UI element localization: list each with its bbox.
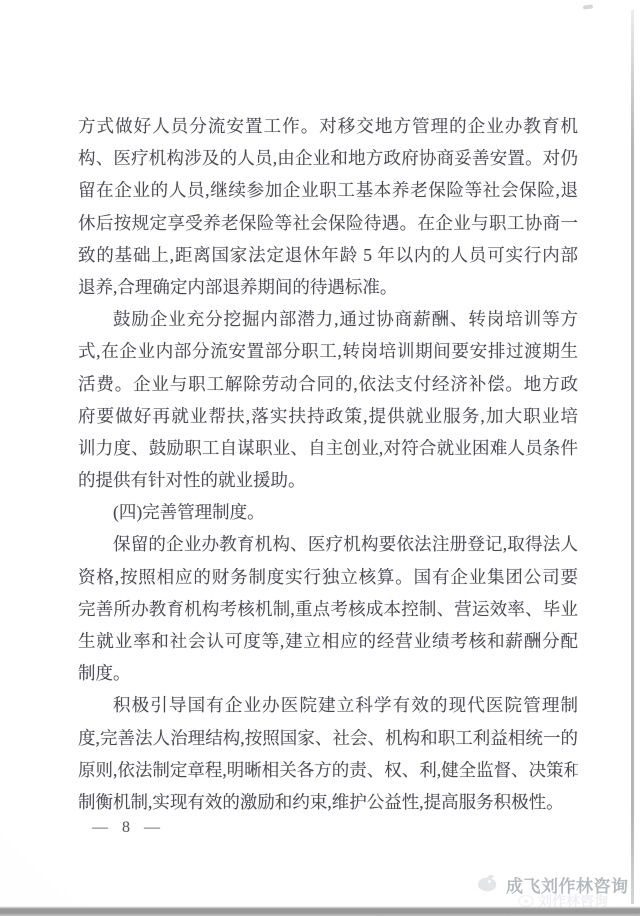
doc-line: 鼓励企业充分挖掘内部潜力,通过协商薪酬、转岗培训等方	[78, 303, 578, 335]
doc-line: 生就业率和社会认可度等,建立相应的经营业绩考核和薪酬分配	[78, 625, 578, 657]
doc-line: 构、医疗机构涉及的人员,由企业和地方政府协商妥善安置。对仍	[78, 142, 578, 174]
doc-line: 原则,依法制定章程,明晰相关各方的责、权、利,健全监督、决策和	[78, 754, 578, 786]
doc-line: 的提供有针对性的就业援助。	[78, 464, 578, 496]
doc-line: 完善所办教育机构考核机制,重点考核成本控制、营运效率、毕业	[78, 593, 578, 625]
doc-line: 致的基础上,距离国家法定退休年龄 5 年以内的人员可实行内部	[78, 239, 578, 271]
doc-line: 留在企业的人员,继续参加企业职工基本养老保险等社会保险,退	[78, 174, 578, 206]
doc-line: 式,在企业内部分流安置部分职工,转岗培训期间要安排过渡期生	[78, 335, 578, 367]
watermark-bird-icon	[474, 871, 500, 897]
doc-line: 活费。企业与职工解除劳动合同的,依法支付经济补偿。地方政	[78, 368, 578, 400]
doc-line: 资格,按照相应的财务制度实行独立核算。国有企业集团公司要	[78, 561, 578, 593]
doc-line: 积极引导国有企业办医院建立科学有效的现代医院管理制	[78, 689, 578, 721]
doc-line: 保留的企业办教育机构、医疗机构要依法注册登记,取得法人	[78, 528, 578, 560]
page-number: — 8 —	[92, 819, 165, 837]
doc-line: 制衡机制,实现有效的激励和约束,维护公益性,提高服务积极性。	[78, 786, 578, 818]
document-body: 方式做好人员分流安置工作。对移交地方管理的企业办教育机 构、医疗机构涉及的人员,…	[78, 110, 578, 818]
doc-section-heading: (四)完善管理制度。	[78, 496, 578, 528]
doc-line: 休后按规定享受养老保险等社会保险待遇。在企业与职工协商一	[78, 207, 578, 239]
doc-line: 训力度、鼓励职工自谋职业、自主创业,对符合就业困难人员条件	[78, 432, 578, 464]
doc-line: 度,完善法人治理结构,按照国家、社会、机构和职工利益相统一的	[78, 722, 578, 754]
scan-edge-right	[631, 10, 634, 904]
scan-edge-bottom	[0, 904, 640, 916]
scan-artifact	[583, 4, 593, 9]
doc-line: 制度。	[78, 657, 578, 689]
doc-line: 退养,合理确定内部退养期间的待遇标准。	[78, 271, 578, 303]
doc-line: 方式做好人员分流安置工作。对移交地方管理的企业办教育机	[78, 110, 578, 142]
doc-line: 府要做好再就业帮扶,落实扶持政策,提供就业服务,加大职业培	[78, 400, 578, 432]
